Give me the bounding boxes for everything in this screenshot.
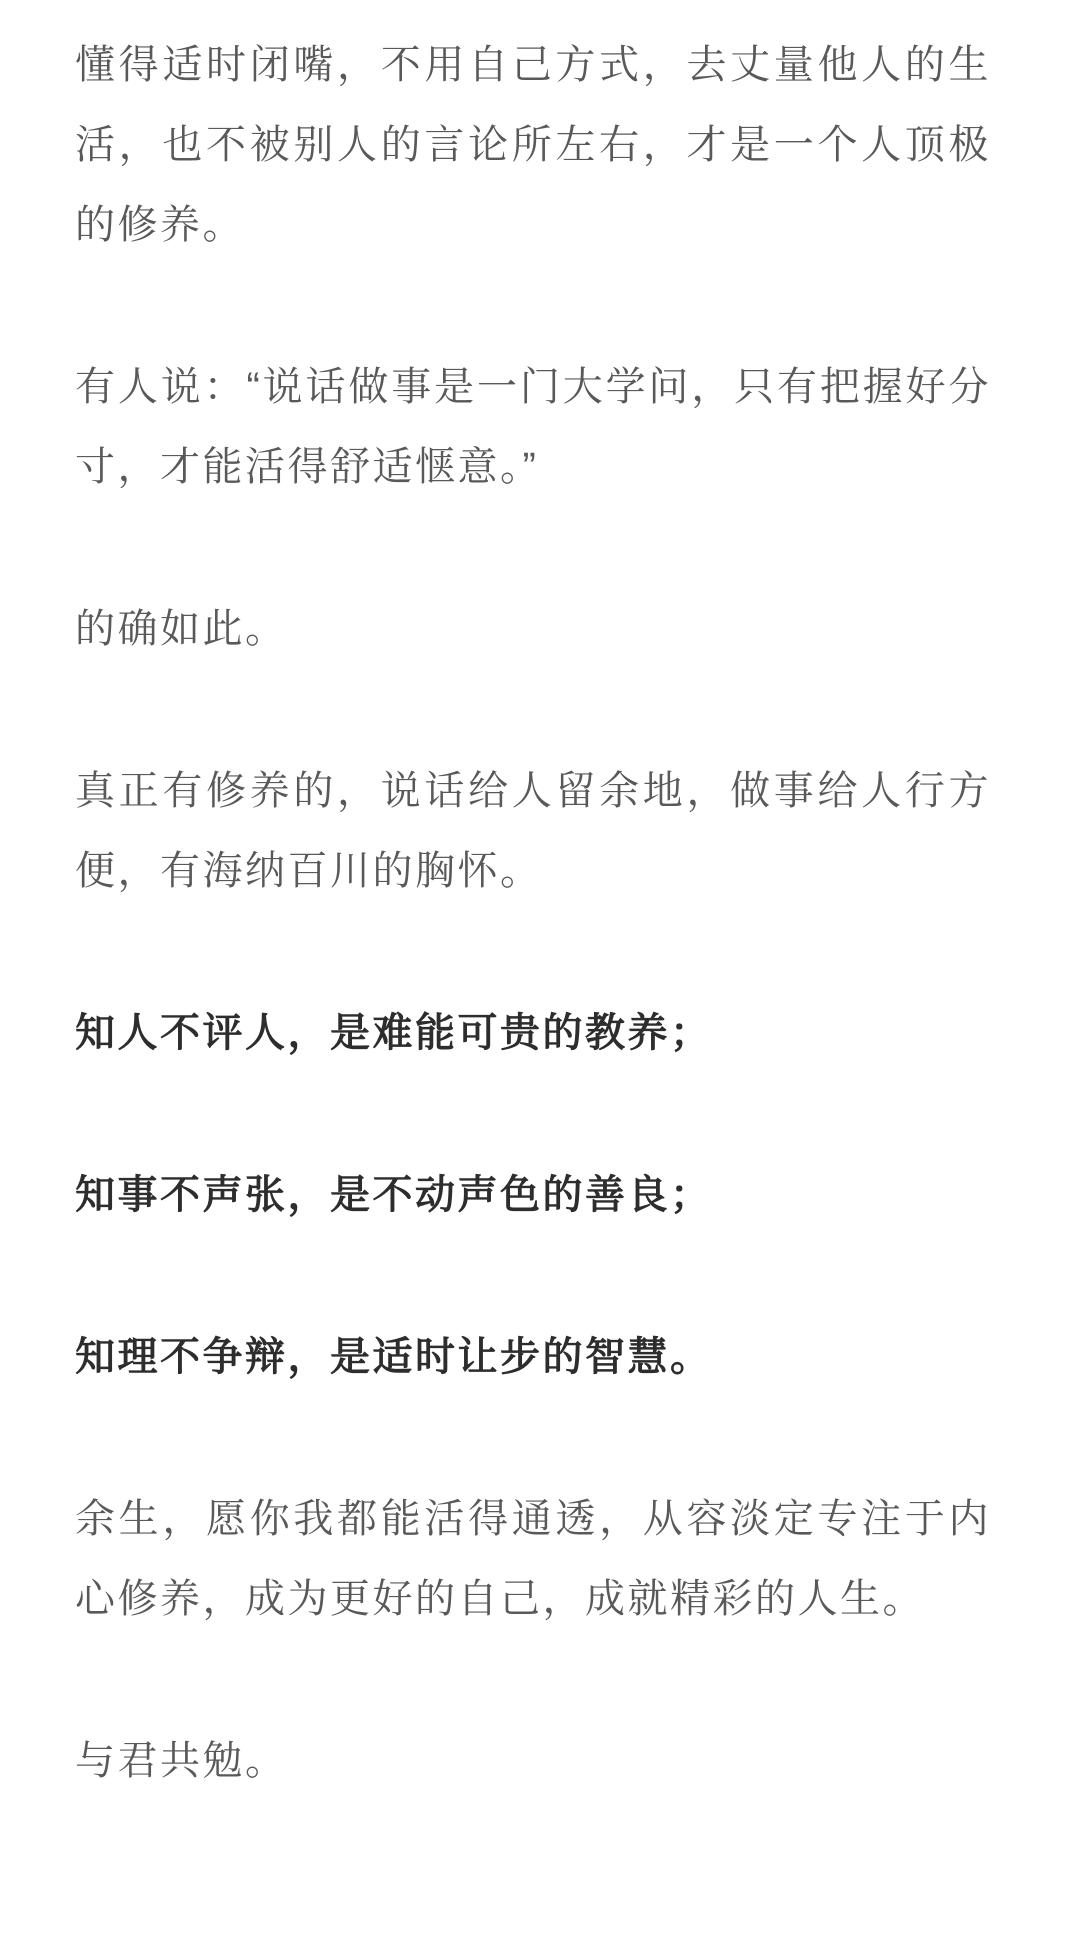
page: { "page": { "background_color": "#ffffff… <box>0 0 1067 1946</box>
paragraph: 与君共勉。 <box>75 1721 991 1801</box>
paragraph-emphasis: 知理不争辩，是适时让步的智慧。 <box>75 1317 991 1397</box>
paragraph-emphasis: 知人不评人，是难能可贵的教养； <box>75 993 991 1073</box>
paragraph-emphasis: 知事不声张，是不动声色的善良； <box>75 1155 991 1235</box>
paragraph: 有人说：“说话做事是一门大学问，只有把握好分寸，才能活得舒适惬意。” <box>75 347 991 507</box>
article-body: 懂得适时闭嘴，不用自己方式，去丈量他人的生活，也不被别人的言论所左右，才是一个人… <box>0 0 1067 1801</box>
paragraph: 余生，愿你我都能活得通透，从容淡定专注于内心修养，成为更好的自己，成就精彩的人生… <box>75 1479 991 1639</box>
paragraph: 真正有修养的，说话给人留余地，做事给人行方便，有海纳百川的胸怀。 <box>75 751 991 911</box>
paragraph: 的确如此。 <box>75 589 991 669</box>
paragraph: 懂得适时闭嘴，不用自己方式，去丈量他人的生活，也不被别人的言论所左右，才是一个人… <box>75 25 991 265</box>
